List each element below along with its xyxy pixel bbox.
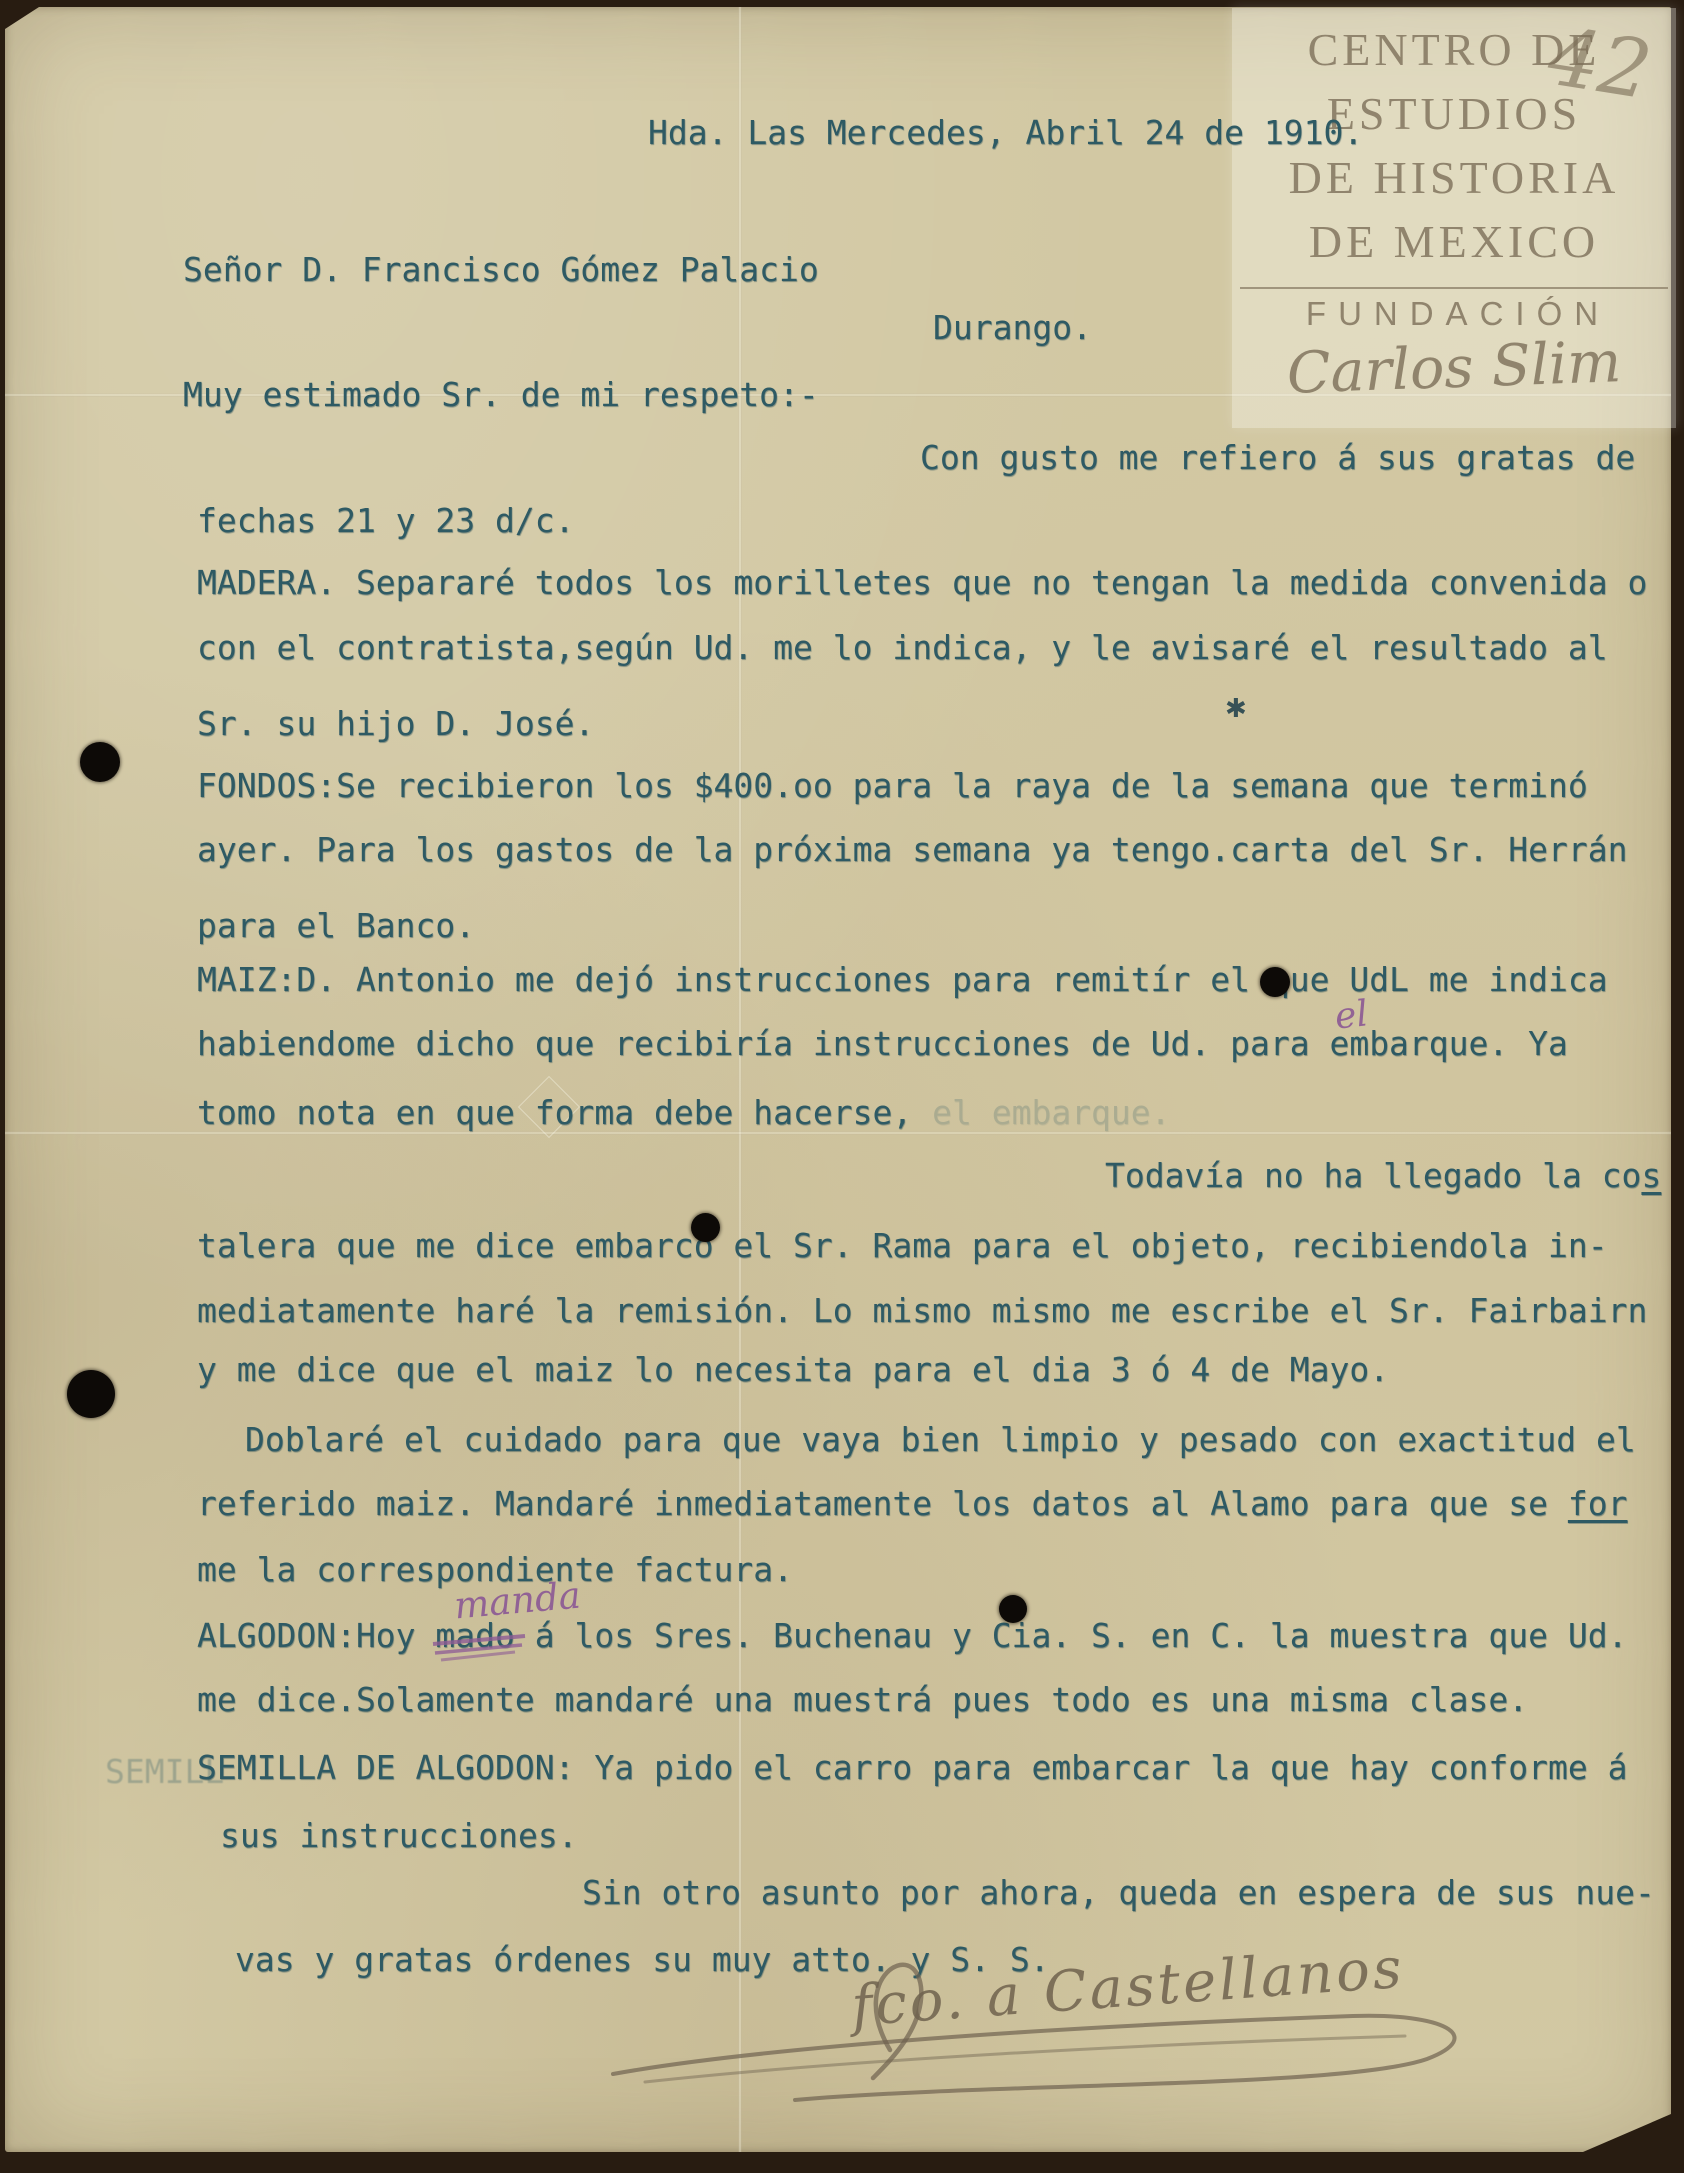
ink-asterisk-mark: ✱ <box>1225 693 1247 724</box>
punch-hole <box>999 1595 1027 1623</box>
punch-hole <box>691 1213 720 1242</box>
letter-page: CENTRO DEESTUDIOSDE HISTORIADE MEXICO FU… <box>5 7 1671 2152</box>
punch-hole <box>80 742 120 782</box>
punch-hole <box>1260 967 1290 997</box>
scan-background: CENTRO DEESTUDIOSDE HISTORIADE MEXICO FU… <box>0 0 1684 2173</box>
signature-flourish <box>585 1932 1505 2142</box>
strikethrough-marks <box>5 7 1684 2173</box>
punch-hole <box>67 1370 115 1418</box>
